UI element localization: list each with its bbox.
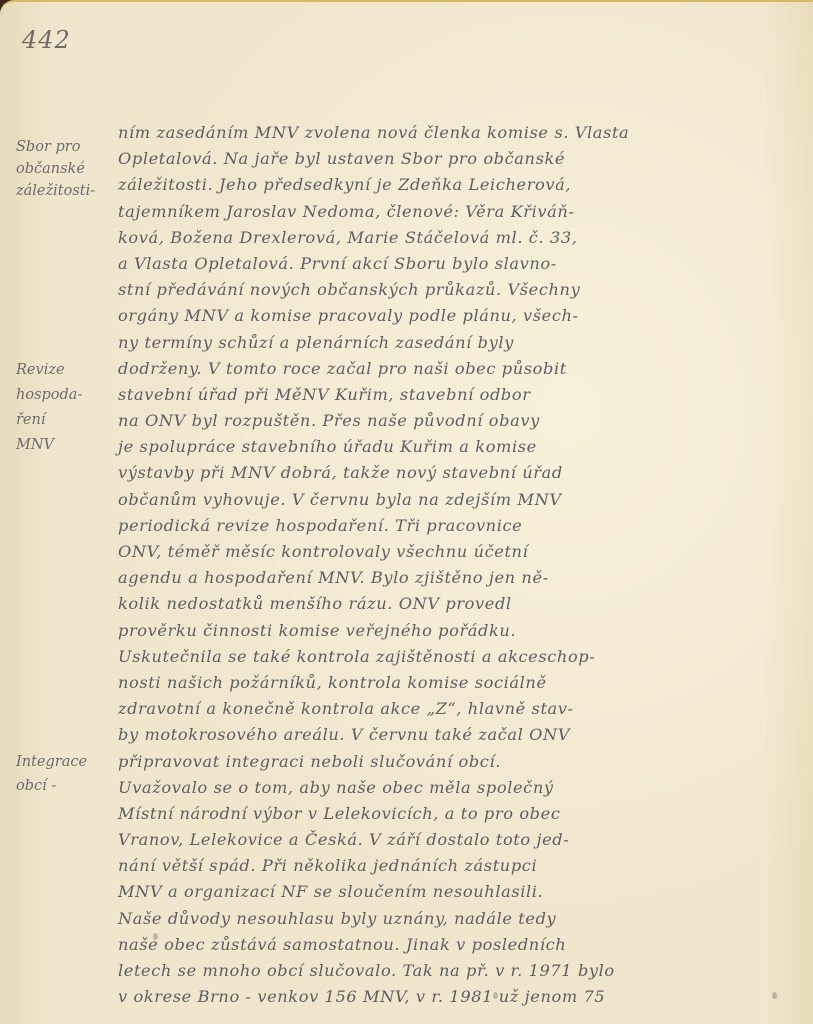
- paper-spot: [153, 933, 158, 940]
- text-line: a Vlasta Opletalová. První akcí Sboru by…: [118, 251, 718, 277]
- text-line: Místní národní výbor v Lelekovicích, a t…: [118, 801, 718, 827]
- text-line: nosti našich požárníků, kontrola komise …: [118, 670, 718, 696]
- text-line: letech se mnoho obcí slučovalo. Tak na p…: [118, 958, 718, 984]
- text-line: občanům vyhovuje. V červnu byla na zdejš…: [118, 487, 718, 513]
- text-line: by motokrosového areálu. V červnu také z…: [118, 722, 718, 748]
- text-line: stavební úřad při MěNV Kuřim, stavební o…: [118, 382, 718, 408]
- text-line: nání větší spád. Při několika jednáních …: [118, 853, 718, 879]
- paper-spot: [772, 992, 777, 999]
- text-line: naše obec zůstává samostatnou. Jinak v p…: [118, 932, 718, 958]
- text-line: agendu a hospodaření MNV. Bylo zjištěno …: [118, 565, 718, 591]
- text-line: orgány MNV a komise pracovaly podle plán…: [118, 303, 718, 329]
- text-line: MNV a organizací NF se sloučením nesouhl…: [118, 879, 718, 905]
- text-line: tajemníkem Jaroslav Nedoma, členové: Věr…: [118, 199, 718, 225]
- text-line: ním zasedáním MNV zvolena nová členka ko…: [118, 120, 718, 146]
- text-line: Vranov, Lelekovice a Česká. V září dosta…: [118, 827, 718, 853]
- text-line: periodická revize hospodaření. Tři praco…: [118, 513, 718, 539]
- margin-note-economic-audit: Revize hospoda- ření MNV: [16, 358, 116, 458]
- text-line: prověrku činnosti komise veřejného pořád…: [118, 618, 718, 644]
- text-line: ny termíny schůzí a plenárních zasedání …: [118, 330, 718, 356]
- text-line: kolik nedostatků menšího rázu. ONV prove…: [118, 591, 718, 617]
- text-line: Uskutečnila se také kontrola zajištěnost…: [118, 644, 718, 670]
- text-line: v okrese Brno - venkov 156 MNV, v r. 198…: [118, 984, 718, 1010]
- text-line: Opletalová. Na jaře byl ustaven Sbor pro…: [118, 146, 718, 172]
- text-line: připravovat integraci neboli slučování o…: [118, 749, 718, 775]
- text-line: Uvažovalo se o tom, aby naše obec měla s…: [118, 775, 718, 801]
- text-line: výstavby při MNV dobrá, takže nový stave…: [118, 460, 718, 486]
- text-line: zdravotní a konečně kontrola akce „Z“, h…: [118, 696, 718, 722]
- text-line: na ONV byl rozpuštěn. Přes naše původní …: [118, 408, 718, 434]
- text-line: dodrženy. V tomto roce začal pro naši ob…: [118, 356, 718, 382]
- chronicle-body-text: ním zasedáním MNV zvolena nová členka ko…: [118, 120, 718, 1010]
- text-line: ková, Božena Drexlerová, Marie Stáčelová…: [118, 225, 718, 251]
- text-line: je spolupráce stavebního úřadu Kuřim a k…: [118, 434, 718, 460]
- paper-spot: [493, 992, 498, 999]
- text-line: záležitosti. Jeho předsedkyní je Zdeňka …: [118, 172, 718, 198]
- text-line: stní předávání nových občanských průkazů…: [118, 277, 718, 303]
- text-line: ONV, téměř měsíc kontrolovaly všechnu úč…: [118, 539, 718, 565]
- margin-note-municipal-integration: Integrace obcí -: [16, 750, 116, 798]
- margin-note-citizens-affairs: Sbor pro občanské záležitosti-: [16, 136, 116, 202]
- page-number: 442: [22, 26, 71, 54]
- text-line: Naše důvody nesouhlasu byly uznány, nadá…: [118, 906, 718, 932]
- handwritten-chronicle-page: 442 Sbor pro občanské záležitosti- Reviz…: [0, 0, 813, 1024]
